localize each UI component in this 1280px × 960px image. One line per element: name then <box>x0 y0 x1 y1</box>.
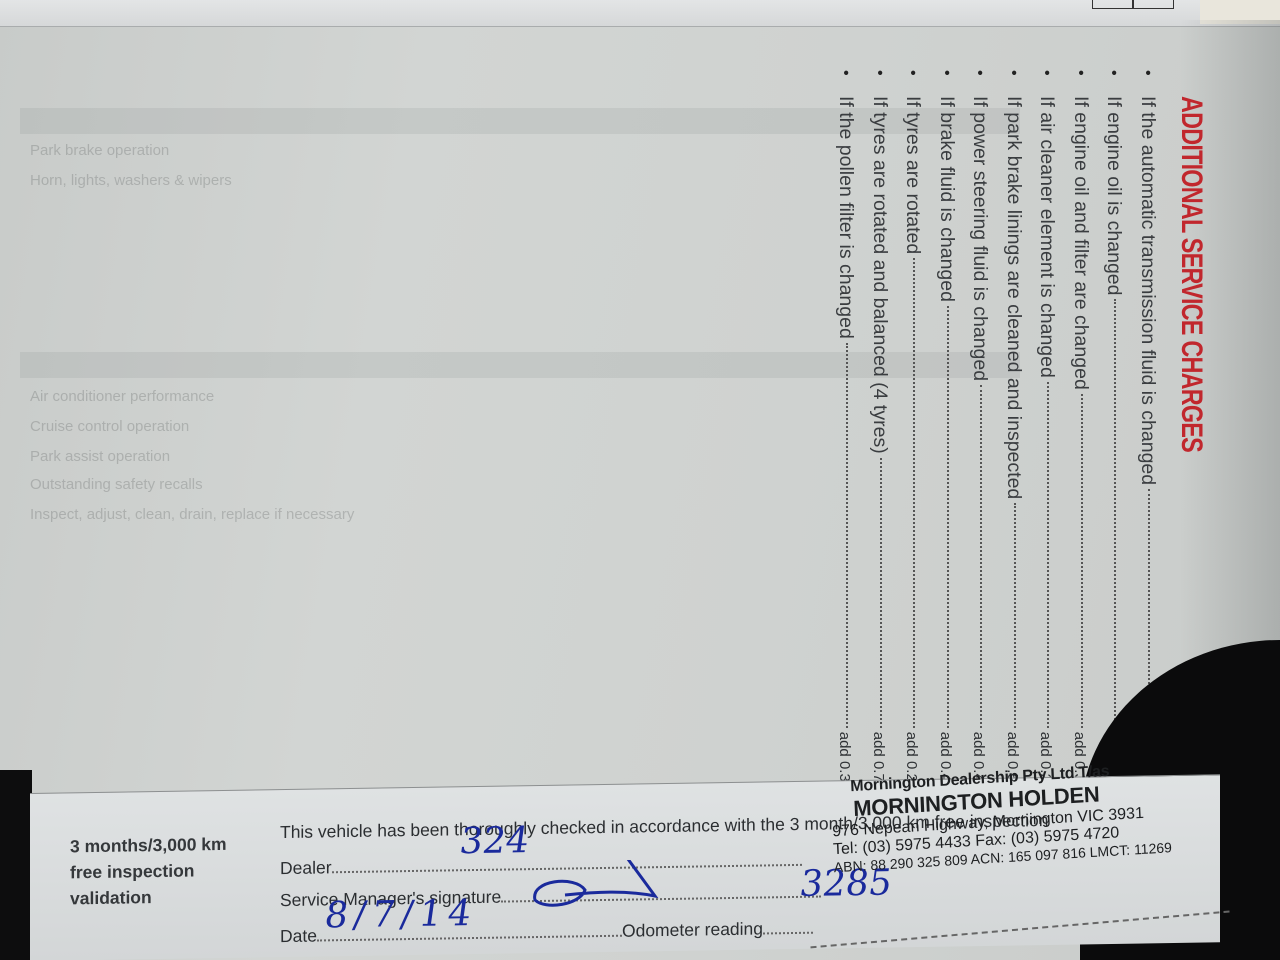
showthrough-text: Air conditioner performance <box>30 388 214 405</box>
bullet-icon: • <box>1064 70 1098 76</box>
bullet-icon: • <box>896 70 930 76</box>
dotted-leader <box>947 306 949 728</box>
validation-heading: 3 months/3,000 km free inspection valida… <box>70 831 227 911</box>
date-handwritten-value: 8/7/14 <box>322 893 480 936</box>
bullet-icon: • <box>1030 70 1064 76</box>
validation-heading-line: 3 months/3,000 km <box>70 831 227 859</box>
dotted-line <box>763 931 813 935</box>
dotted-leader <box>914 258 916 728</box>
dealer-stamp: Mornington Dealership Pty Ltd T/as MORNI… <box>830 758 1194 875</box>
showthrough-text: Cruise control operation <box>30 418 189 435</box>
charge-label: If power steering fluid is changed <box>963 96 997 381</box>
charge-item: •If park brake linings are cleaned and i… <box>997 96 1031 816</box>
showthrough-text: Outstanding safety recalls <box>30 476 203 493</box>
bullet-icon: • <box>829 70 863 76</box>
bullet-icon: • <box>963 70 997 76</box>
dealer-label: Dealer <box>280 857 332 878</box>
showthrough-text: Inspect, adjust, clean, drain, replace i… <box>30 506 354 523</box>
charge-item: •If engine oil and filter are changedadd… <box>1064 96 1098 816</box>
background-dark <box>0 770 32 960</box>
charge-item: •If power steering fluid is changedadd 0… <box>963 96 997 816</box>
bullet-icon: • <box>930 70 964 76</box>
section-title: ADDITIONAL SERVICE CHARGES <box>1170 96 1212 658</box>
table-edge <box>1132 0 1174 9</box>
charges-list: •If the automatic transmission fluid is … <box>829 96 1164 816</box>
dotted-leader <box>1115 299 1117 727</box>
dotted-leader <box>981 385 983 728</box>
dotted-leader <box>1081 394 1083 728</box>
bullet-icon: • <box>863 70 897 76</box>
charge-item: •If air cleaner element is changedadd 0.… <box>1030 96 1064 816</box>
charge-label: If engine oil is changed <box>1097 96 1131 295</box>
dotted-leader <box>847 343 849 728</box>
bullet-icon: • <box>1097 70 1131 76</box>
showthrough-text: Park assist operation <box>30 448 170 465</box>
charge-item: •If the pollen filter is changedadd 0.3 … <box>829 96 863 816</box>
dealer-handwritten-value: 324 <box>457 820 531 862</box>
date-label: Date <box>280 925 317 946</box>
showthrough-text: Horn, lights, washers & wipers <box>30 172 232 189</box>
dotted-leader <box>880 458 882 728</box>
showthrough-text: Park brake operation <box>30 142 169 159</box>
top-page-edge <box>0 0 1280 27</box>
charge-label: If tyres are rotated and balanced (4 tyr… <box>863 96 897 454</box>
validation-fields: This vehicle has been thoroughly checked… <box>280 809 840 818</box>
charge-item: •If tyres are rotatedadd 0.2 hour <box>896 96 930 816</box>
dotted-leader <box>1048 382 1050 728</box>
charge-label: If brake fluid is changed <box>930 96 964 302</box>
perforation-line <box>810 911 1229 949</box>
charge-label: If the pollen filter is changed <box>829 96 863 339</box>
bullet-icon: • <box>1131 70 1165 76</box>
charge-item: •If tyres are rotated and balanced (4 ty… <box>863 96 897 816</box>
signature-scribble <box>525 860 675 935</box>
charge-label: If air cleaner element is changed <box>1030 96 1064 378</box>
charge-label: If engine oil and filter are changed <box>1064 96 1098 390</box>
charge-label: If park brake linings are cleaned and in… <box>997 96 1031 499</box>
validation-heading-line: free inspection <box>70 857 227 885</box>
charge-label: If tyres are rotated <box>896 96 930 254</box>
dotted-leader <box>1014 503 1016 727</box>
charge-label: If the automatic transmission fluid is c… <box>1131 96 1165 485</box>
validation-heading-line: validation <box>70 883 227 911</box>
table-edge <box>1092 0 1134 9</box>
bullet-icon: • <box>997 70 1031 76</box>
charge-item: •If brake fluid is changedadd 0.4 hour <box>930 96 964 816</box>
